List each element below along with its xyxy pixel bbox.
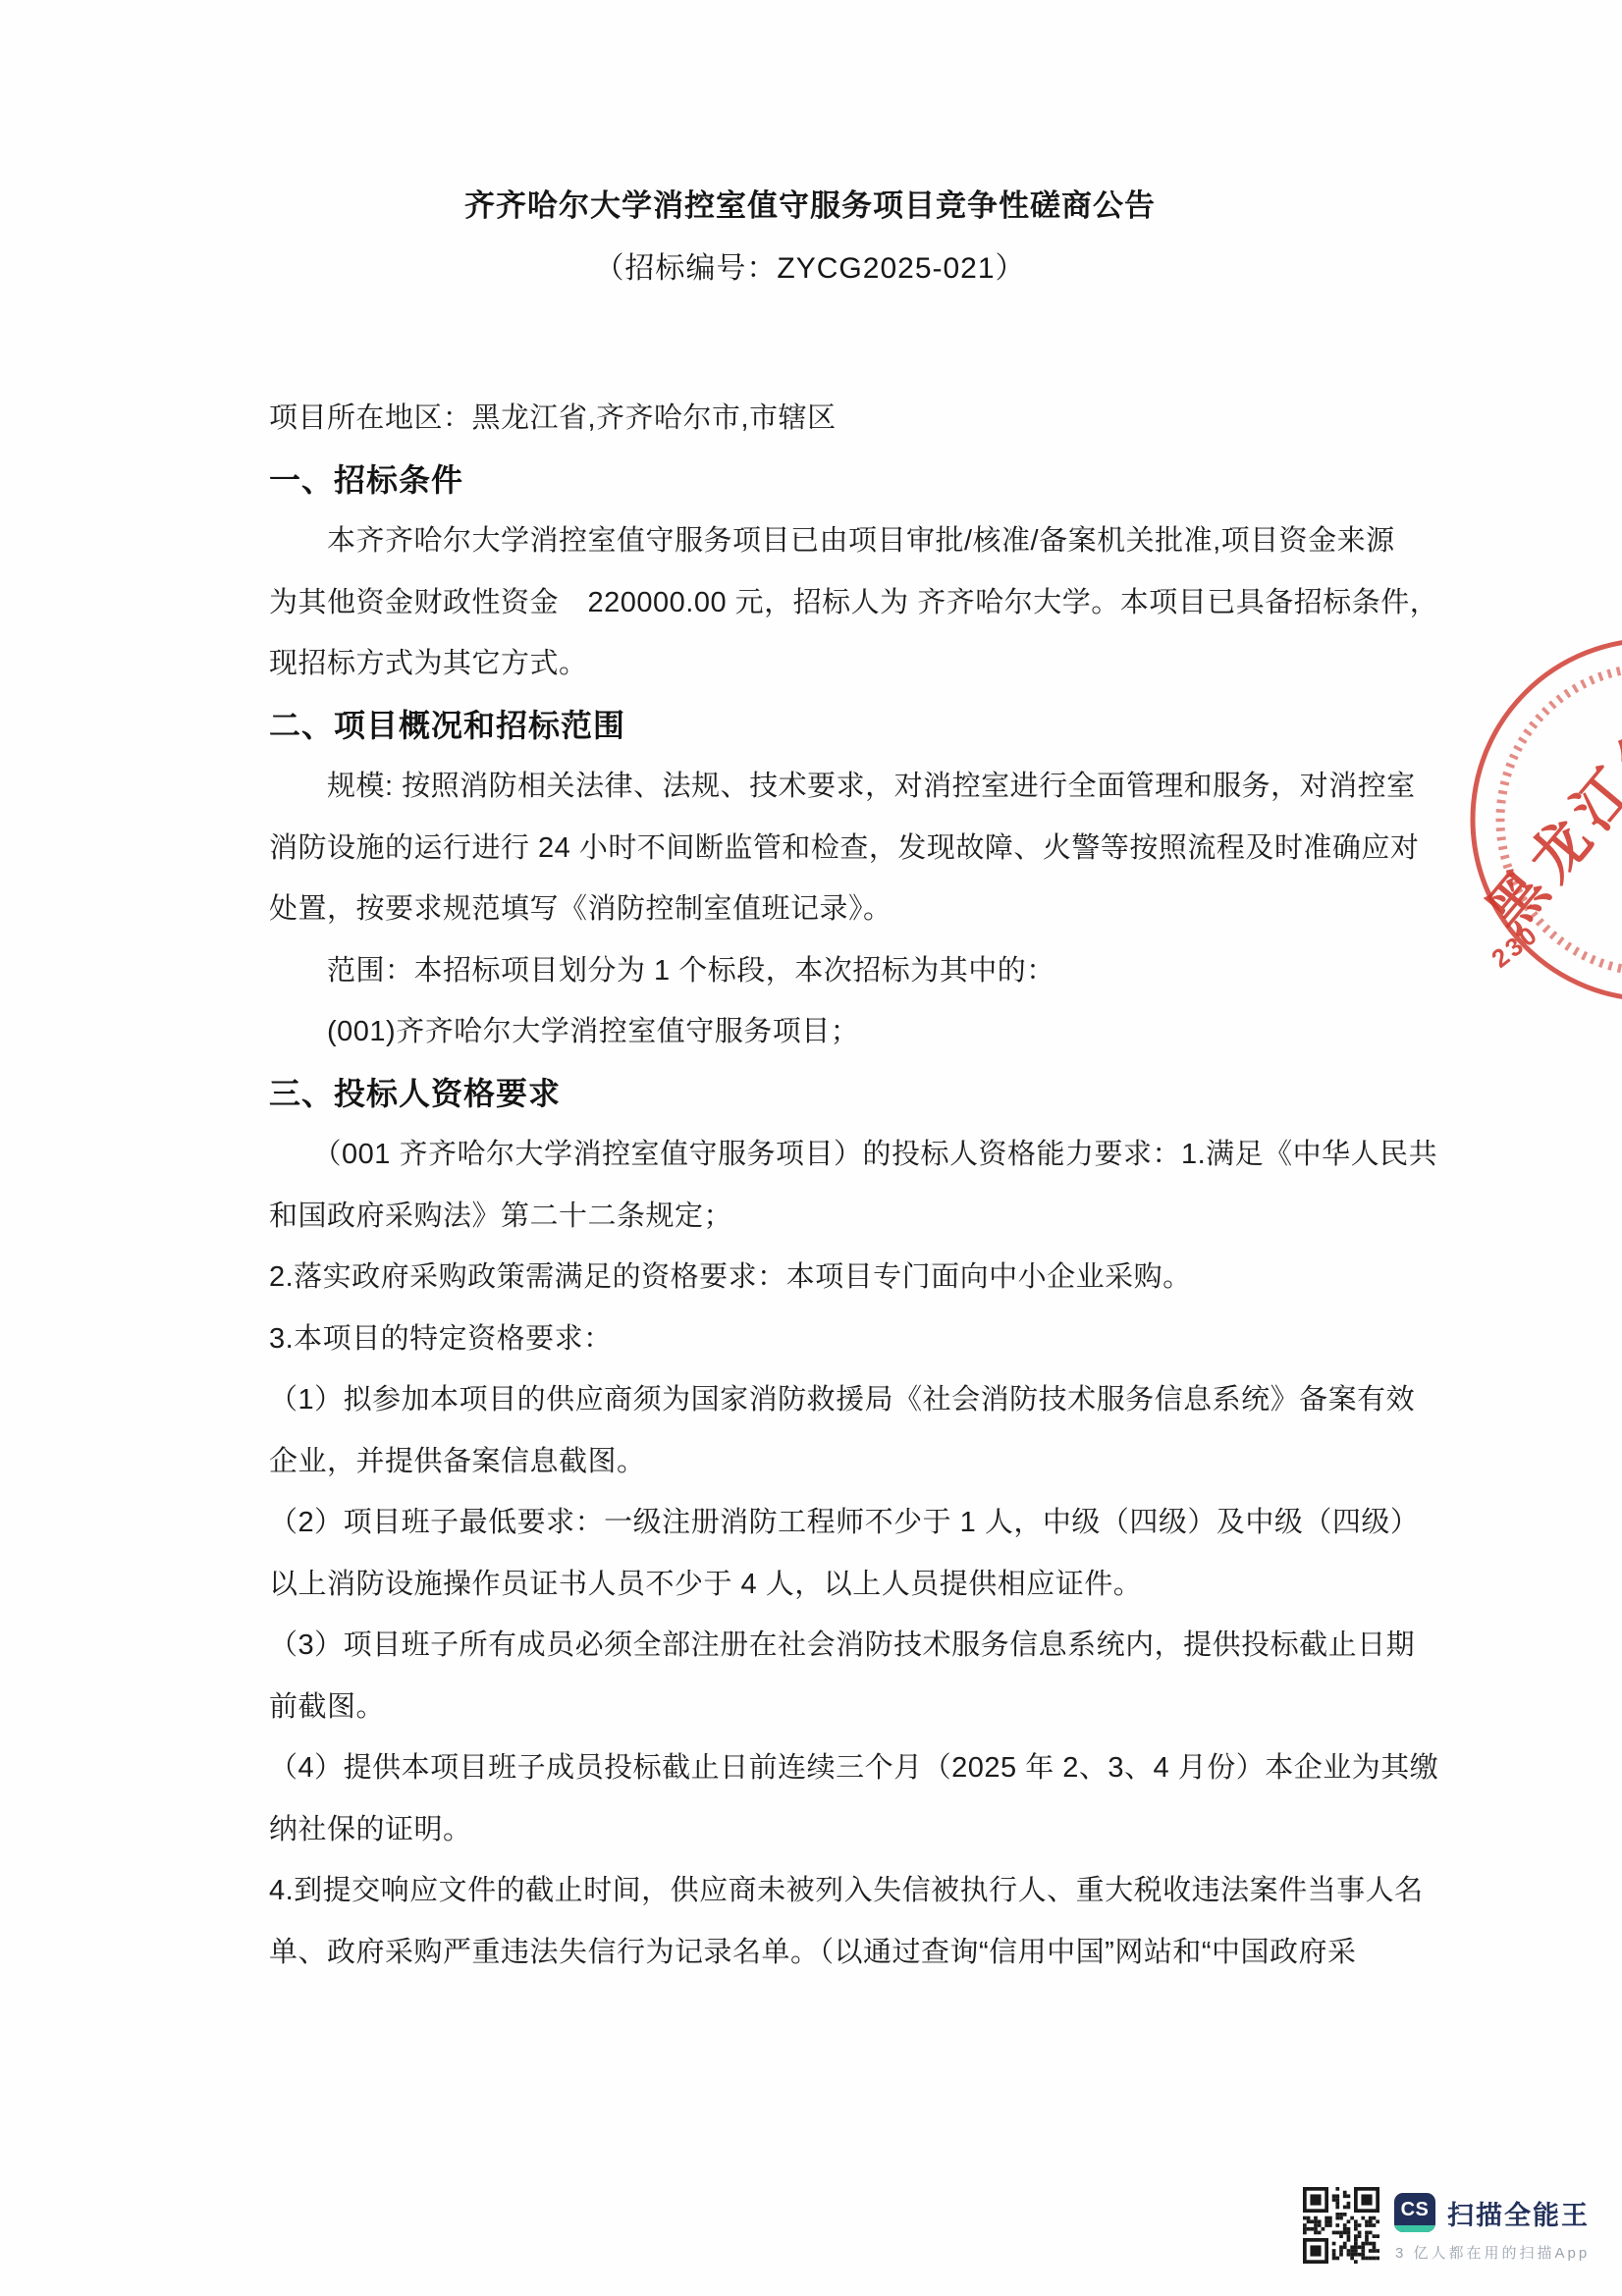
camscanner-tagline: 3 亿人都在用的扫描App [1395,2242,1590,2263]
camscanner-app-name: 扫描全能王 [1447,2194,1590,2232]
section-heading: 二、项目概况和招标范围 [269,695,1355,757]
text-line: 纳社保的证明。 [269,1799,1355,1861]
section-heading: 一、招标条件 [269,450,1355,511]
location-line: 项目所在地区：黑龙江省,齐齐哈尔市,市辖区 [269,388,1355,450]
scanned-document-page: 齐齐哈尔大学消控室值守服务项目竞争性磋商公告 （招标编号：ZYCG2025-02… [0,0,1622,2296]
text-line: 处置，按要求规范填写《消防控制室值班记录》。 [269,879,1355,940]
stamp-graphic: 黑龙江省 230 [1453,633,1622,1011]
text-line: 单、政府采购严重违法失信行为记录名单。（以通过查询“信用中国”网站和“中国政府采 [269,1922,1355,1984]
text-line: （2）项目班子最低要求：一级注册消防工程师不少于 1 人，中级（四级）及中级（四… [269,1492,1355,1554]
bid-number-line: （招标编号：ZYCG2025-021） [269,243,1351,287]
text-line: 2.落实政府采购政策需满足的资格要求：本项目专门面向中小企业采购。 [269,1247,1355,1308]
text-line: (001)齐齐哈尔大学消控室值守服务项目； [269,1001,1355,1063]
qr-code [1303,2187,1379,2264]
section-heading: 三、投标人资格要求 [269,1063,1355,1125]
text-line: 为其他资金财政性资金 220000.00 元，招标人为 齐齐哈尔大学。本项目已具… [269,572,1355,634]
svg-text:230: 230 [1486,919,1544,974]
text-line: （1）拟参加本项目的供应商须为国家消防救援局《社会消防技术服务信息系统》备案有效 [269,1369,1355,1431]
sections-container: 一、招标条件 本齐齐哈尔大学消控室值守服务项目已由项目审批/核准/备案机关批准,… [269,450,1355,1984]
text-line: （4）提供本项目班子成员投标截止日前连续三个月（2025 年 2、3、4 月份）… [269,1737,1355,1799]
text-line: （001 齐齐哈尔大学消控室值守服务项目）的投标人资格能力要求：1.满足《中华人… [269,1124,1355,1186]
text-line: 以上消防设施操作员证书人员不少于 4 人，以上人员提供相应证件。 [269,1554,1355,1616]
text-line: 现招标方式为其它方式。 [269,633,1355,695]
camscanner-logo: CS 扫描全能王 [1394,2193,1590,2232]
official-red-stamp: 黑龙江省 230 [1453,633,1622,1011]
document-title: 齐齐哈尔大学消控室值守服务项目竞争性磋商公告 [269,181,1351,225]
cs-app-icon: CS [1394,2193,1435,2232]
svg-text:黑龙江省: 黑龙江省 [1475,698,1622,943]
text-line: 前截图。 [269,1677,1355,1738]
cs-icon-letters: CS [1401,2199,1430,2221]
text-line: 消防设施的运行进行 24 小时不间断监管和检查，发现故障、火警等按照流程及时准确… [269,818,1355,880]
text-line: 本齐齐哈尔大学消控室值守服务项目已由项目审批/核准/备案机关批准,项目资金来源 [269,510,1355,572]
text-line: 企业，并提供备案信息截图。 [269,1431,1355,1493]
document-body: 项目所在地区：黑龙江省,齐齐哈尔市,市辖区 一、招标条件 本齐齐哈尔大学消控室值… [269,388,1355,1983]
text-line: 范围：本招标项目划分为 1 个标段，本次招标为其中的： [269,940,1355,1002]
text-line: （3）项目班子所有成员必须全部注册在社会消防技术服务信息系统内，提供投标截止日期 [269,1615,1355,1677]
text-line: 规模: 按照消防相关法律、法规、技术要求，对消控室进行全面管理和服务，对消控室 [269,756,1355,818]
text-line: 3.本项目的特定资格要求： [269,1308,1355,1370]
text-line: 4.到提交响应文件的截止时间，供应商未被列入失信被执行人、重大税收违法案件当事人… [269,1860,1355,1922]
text-line: 和国政府采购法》第二十二条规定； [269,1186,1355,1248]
